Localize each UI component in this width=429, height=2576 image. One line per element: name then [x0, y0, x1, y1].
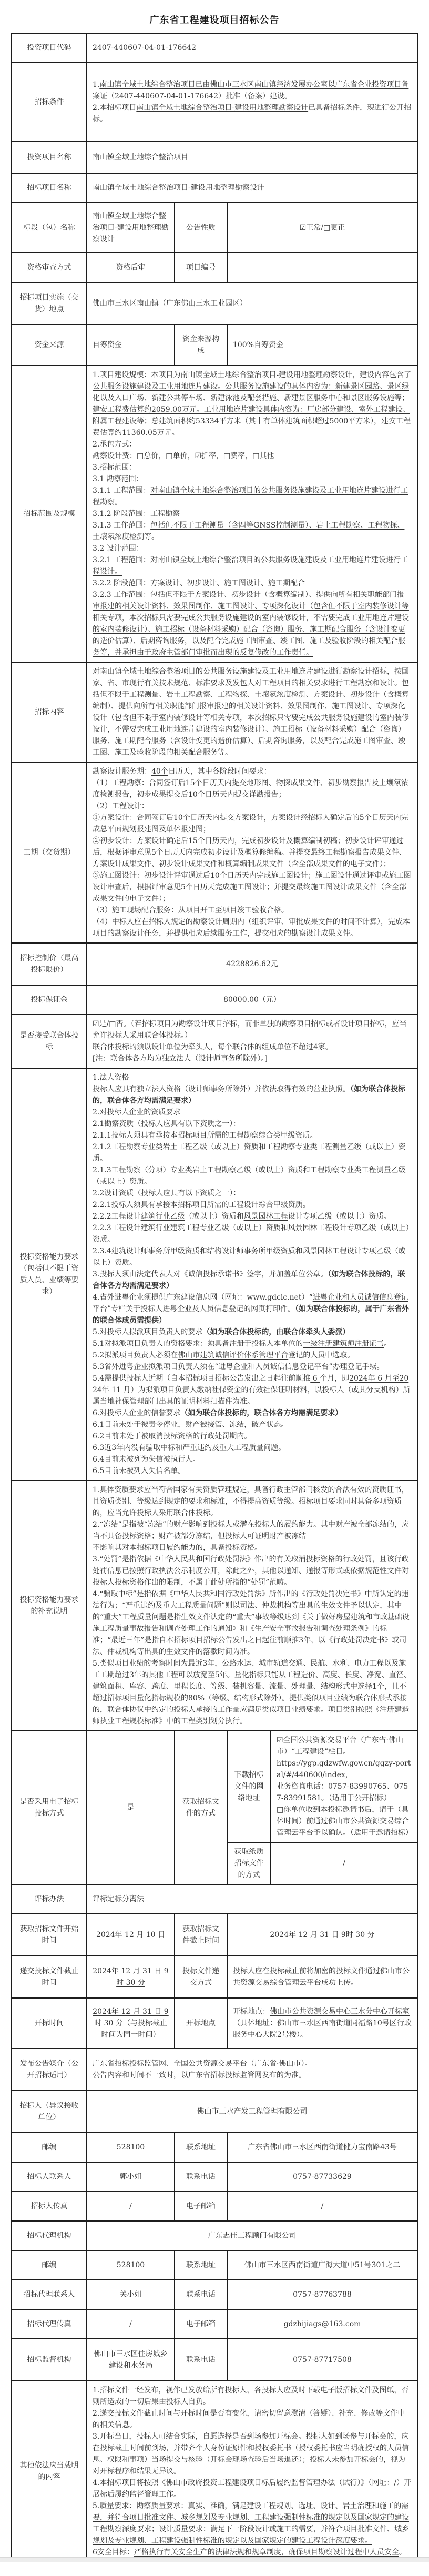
tenderer-contact-value: 郭小姐 — [87, 2162, 175, 2192]
submission-method-value: 投标人应在投标截止前将加密的投标文件通过佛山市公共资源交易综合管理云平台成功上传… — [227, 1956, 417, 1998]
row-consortium-bidding: 是否接受联合体投标 ☑是/□否。（若招标项目为勘察设计项目招标，而非单独的勘察项… — [12, 1015, 417, 1068]
row-supervision-agency: 招标监督机构 佛山市三水区住房城乡建设和水务局 联系电话 0757-877175… — [12, 2339, 417, 2381]
row-bid-bond: 投标保证金 80000.00（元） — [12, 985, 417, 1015]
row-construction-period: 工期（交货期） 勘察设计服务期：40个日历天，其中各阶段时间要求：（1）工程勘察… — [12, 762, 417, 943]
doc-start-time-value: 2024年 12 月 10 日 — [87, 1914, 175, 1956]
tenderer-fax-value: / — [87, 2192, 175, 2221]
qualification-review-value: 资格后审 — [87, 253, 175, 282]
row-qualification-review: 资格审查方式 资格后审 项目编号 — [12, 253, 417, 282]
announcement-table: 投资项目代码 2407-440607-04-01-176642 招标条件 1.南… — [11, 33, 418, 2562]
supervision-phone-label: 联系电话 — [175, 2339, 227, 2381]
download-url-label: 下载招标文件的网络地址 — [227, 1731, 271, 1842]
project-number-value — [227, 253, 417, 282]
row-tender-scope: 招标范围及规模 1.项目建设规模：本项目为南山镇全域土地综合整治项目-建设用地整… — [12, 366, 417, 662]
row-section-package-name: 标段（包）名称 南山镇全域土地综合整治项目-建设用地整理勘察设计 公告性质 ☑正… — [12, 202, 417, 253]
bid-bond-label: 投标保证金 — [12, 985, 87, 1015]
row-implementation-location: 招标项目实施（交货）地点 佛山市三水区南山镇（广东佛山三水工业园区） — [12, 282, 417, 324]
funding-source-label: 资金来源 — [12, 324, 87, 366]
row-project-code: 投资项目代码 2407-440607-04-01-176642 — [12, 33, 417, 63]
tender-conditions-value: 1.南山镇全域土地综合整治项目已由佛山市三水区南山镇经济发展办公室以广东省企业投… — [87, 63, 417, 141]
row-agency: 招标代理机构 广东志佳工程顾问有限公司 — [12, 2221, 417, 2250]
announcement-media-value: 广东省招标投标监管网、全国公共资源交易平台（广东省·佛山市）。公告内容和时间不一… — [87, 2048, 417, 2091]
paper-doc-method-value: / — [271, 1842, 417, 1884]
row-agency-postcode: 邮编 528100 联系地址 佛山市三水区西南街道广海大道中51号301之二 — [12, 2250, 417, 2280]
consortium-bidding-value: ☑是/□否。（若招标项目为勘察设计项目招标，而非单独的勘察项目招标或者设计项目招… — [87, 1015, 417, 1068]
agency-fax-value: / — [87, 2309, 175, 2339]
agency-phone-label: 联系电话 — [175, 2280, 227, 2309]
opening-place-label: 开标地点 — [175, 1998, 227, 2048]
project-number-label: 项目编号 — [175, 253, 227, 282]
agency-contact-value: 关小姐 — [87, 2280, 175, 2309]
download-url-value: ☑全国公共资源交易平台（广东省·佛山市）“工程建设”栏目。https://ygp… — [271, 1731, 417, 1842]
agency-postcode-label: 邮编 — [12, 2250, 87, 2280]
tenderer-label: 招标人（异议接收单位） — [12, 2091, 87, 2133]
other-contents-value: 1.招标文件一经发布，视作已发放给所有投标人，各投标人应及时下载电子版招标文件及… — [87, 2381, 417, 2562]
row-bidder-capability: 投标资格能力要求（包括但不限于资质人员、业绩等要求） 1.法人资格投标人应具有独… — [12, 1068, 417, 1480]
row-capability-notes: 投标资格能力要求的补充说明 1.具体资质要求应当符合国家有关资质管理规定，具备行… — [12, 1480, 417, 1731]
implementation-location-value: 佛山市三水区南山镇（广东佛山三水工业园区） — [87, 282, 417, 324]
tender-project-name-label: 招标项目名称 — [12, 173, 87, 202]
row-investment-project-name: 投资项目名称 南山镇全域土地综合整治项目 — [12, 141, 417, 173]
tender-scope-label: 招标范围及规模 — [12, 366, 87, 662]
submission-method-label: 投标文件递交方式 — [175, 1956, 227, 1998]
tender-scope-value: 1.项目建设规模：本项目为南山镇全域土地综合整治项目-建设用地整理勘察设计，建设… — [87, 366, 417, 662]
construction-period-label: 工期（交货期） — [12, 762, 87, 943]
funding-composition-label: 资金来源构成 — [175, 324, 227, 366]
tenderer-postcode-label: 邮编 — [12, 2133, 87, 2162]
row-e-bidding: 是否采用电子招标投标方式 是 获取招标文件的方式 下载招标文件的网络地址 ☑全国… — [12, 1731, 417, 1842]
tenderer-phone-label: 联系电话 — [175, 2162, 227, 2192]
tenderer-contact-label: 招标人联系人 — [12, 2162, 87, 2192]
implementation-location-label: 招标项目实施（交货）地点 — [12, 282, 87, 324]
opening-time-label: 开标时间 — [12, 1998, 87, 2048]
investment-project-code-label: 投资项目代码 — [12, 33, 87, 63]
doc-start-time-label: 获取招标文件开始时间 — [12, 1914, 87, 1956]
announcement-nature-label: 公告性质 — [175, 202, 227, 253]
price-ceiling-label: 招标控制价（最高投标限价） — [12, 943, 87, 985]
tenderer-phone-value: 0757-87733629 — [227, 2162, 417, 2192]
row-tender-content: 招标内容 对南山镇全域土地综合整治项目的公共服务设施建设及工业用地连片建设进行勘… — [12, 662, 417, 762]
agency-address-label: 联系地址 — [175, 2250, 227, 2280]
funding-source-value: 自筹资金 — [87, 324, 175, 366]
row-doc-times: 获取招标文件开始时间 2024年 12 月 10 日 获取招标文件截止时间 20… — [12, 1914, 417, 1956]
construction-period-value: 勘察设计服务期：40个日历天，其中各阶段时间要求：（1）工程勘察：合同签订后15… — [87, 762, 417, 943]
row-agency-fax: 招标代理传真 / 电子邮箱 gdzhijiags@163.com — [12, 2309, 417, 2339]
agency-value: 广东志佳工程顾问有限公司 — [87, 2221, 417, 2250]
row-funding-source: 资金来源 自筹资金 资金来源构成 100%自筹资金 — [12, 324, 417, 366]
submission-deadline-label: 递交投标文件截止时间 — [12, 1956, 87, 1998]
section-package-name-label: 标段（包）名称 — [12, 202, 87, 253]
agency-fax-label: 招标代理传真 — [12, 2309, 87, 2339]
tenderer-address-value: 广东省佛山市三水区西南街道健力宝南路43号 — [227, 2133, 417, 2162]
tenderer-postcode-value: 528100 — [87, 2133, 175, 2162]
tenderer-fax-label: 招标人传真 — [12, 2192, 87, 2221]
tender-content-value: 对南山镇全域土地综合整治项目的公共服务设施建设及工业用地连片建设进行勘察设计招标… — [87, 662, 417, 762]
tenderer-email-value: / — [227, 2192, 417, 2221]
agency-postcode-value: 528100 — [87, 2250, 175, 2280]
row-submission: 递交投标文件截止时间 2024年 12 月 31 日 9时 30 分 投标文件递… — [12, 1956, 417, 1998]
tenderer-address-label: 联系地址 — [175, 2133, 227, 2162]
row-tender-conditions: 招标条件 1.南山镇全域土地综合整治项目已由佛山市三水区南山镇经济发展办公室以广… — [12, 63, 417, 141]
opening-place-value: 开标地点：佛山市公共资源交易中心三水分中心开标室（具体地址：佛山市三水区西南街道… — [227, 1998, 417, 2048]
paper-doc-method-label: 获取纸质招标文件的方式 — [227, 1842, 271, 1884]
evaluation-method-label: 评标办法 — [12, 1884, 87, 1914]
doc-deadline-label: 获取招标文件截止时间 — [175, 1914, 227, 1956]
investment-project-name-label: 投资项目名称 — [12, 141, 87, 173]
row-tenderer: 招标人（异议接收单位） 佛山市三水产发工程管理有限公司 — [12, 2091, 417, 2133]
tender-conditions-label: 招标条件 — [12, 63, 87, 141]
announcement-media-label: 发布公告媒介（公开招标适用） — [12, 2048, 87, 2091]
price-ceiling-value: 4228826.62元 — [87, 943, 417, 985]
section-package-name-value: 南山镇全域土地综合整治项目-建设用地整理勘察设计 — [87, 202, 175, 253]
row-announcement-media: 发布公告媒介（公开招标适用） 广东省招标投标监管网、全国公共资源交易平台（广东省… — [12, 2048, 417, 2091]
tenderer-value: 佛山市三水产发工程管理有限公司 — [87, 2091, 417, 2133]
page-bottom-bar — [0, 2557, 429, 2562]
row-tenderer-contact: 招标人联系人 郭小姐 联系电话 0757-87733629 — [12, 2162, 417, 2192]
bidder-capability-value: 1.法人资格投标人应具有独立法人资格（设计师事务所除外）并依法取得有效的营业执照… — [87, 1068, 417, 1480]
consortium-bidding-label: 是否接受联合体投标 — [12, 1015, 87, 1068]
tender-content-label: 招标内容 — [12, 662, 87, 762]
announcement-nature-value: ☑正常/□更正 — [227, 202, 417, 253]
supervision-agency-value: 佛山市三水区住房城乡建设和水务局 — [87, 2339, 175, 2381]
submission-deadline-value: 2024年 12 月 31 日 9时 30 分 — [87, 1956, 175, 1998]
agency-phone-value: 0757-87763788 — [227, 2280, 417, 2309]
agency-email-value: gdzhijiags@163.com — [227, 2309, 417, 2339]
agency-label: 招标代理机构 — [12, 2221, 87, 2250]
row-other-contents: 其他依法应当载明的内容 1.招标文件一经发布，视作已发放给所有投标人，各投标人应… — [12, 2381, 417, 2562]
page-title: 广东省工程建设项目招标公告 — [0, 0, 429, 33]
tender-project-name-value: 南山镇全域土地综合整治项目-建设用地整理勘察设计 — [87, 173, 417, 202]
doc-deadline-value: 2024年 12 月 31 日 9时 30 分 — [227, 1914, 417, 1956]
row-opening: 开标时间 2024年 12 月 31 日 9时 30 分（与投标截止时间为同一时… — [12, 1998, 417, 2048]
tenderer-email-label: 电子邮箱 — [175, 2192, 227, 2221]
doc-acquisition-method-label: 获取招标文件的方式 — [175, 1731, 227, 1884]
bid-bond-value: 80000.00（元） — [87, 985, 417, 1015]
row-agency-contact: 招标代理联系人 关小姐 联系电话 0757-87763788 — [12, 2280, 417, 2309]
bidder-capability-label: 投标资格能力要求（包括但不限于资质人员、业绩等要求） — [12, 1068, 87, 1480]
capability-notes-value: 1.具体资质要求应当符合国家有关资质管理规定，具备行政主管部门核发的合法有效的资… — [87, 1480, 417, 1731]
agency-contact-label: 招标代理联系人 — [12, 2280, 87, 2309]
e-bidding-mode-label: 是否采用电子招标投标方式 — [12, 1731, 87, 1884]
e-bidding-mode-value: 是 — [87, 1731, 175, 1884]
investment-project-code-value: 2407-440607-04-01-176642 — [87, 33, 417, 63]
row-price-ceiling: 招标控制价（最高投标限价） 4228826.62元 — [12, 943, 417, 985]
row-tender-project-name: 招标项目名称 南山镇全域土地综合整治项目-建设用地整理勘察设计 — [12, 173, 417, 202]
row-tenderer-postcode: 邮编 528100 联系地址 广东省佛山市三水区西南街道健力宝南路43号 — [12, 2133, 417, 2162]
row-evaluation-method: 评标办法 评标定标分离法 — [12, 1884, 417, 1914]
supervision-agency-label: 招标监督机构 — [12, 2339, 87, 2381]
investment-project-name-value: 南山镇全域土地综合整治项目 — [87, 141, 417, 173]
opening-time-value: 2024年 12 月 31 日 9时 30 分（与投标截止时间为同一时间） — [87, 1998, 175, 2048]
agency-email-label: 电子邮箱 — [175, 2309, 227, 2339]
row-tenderer-fax: 招标人传真 / 电子邮箱 / — [12, 2192, 417, 2221]
supervision-phone-value: 0757-87717508 — [227, 2339, 417, 2381]
qualification-review-label: 资格审查方式 — [12, 253, 87, 282]
other-contents-label: 其他依法应当载明的内容 — [12, 2381, 87, 2562]
capability-notes-label: 投标资格能力要求的补充说明 — [12, 1480, 87, 1731]
funding-composition-value: 100%自筹资金 — [227, 324, 417, 366]
evaluation-method-value: 评标定标分离法 — [87, 1884, 417, 1914]
agency-address-value: 佛山市三水区西南街道广海大道中51号301之二 — [227, 2250, 417, 2280]
